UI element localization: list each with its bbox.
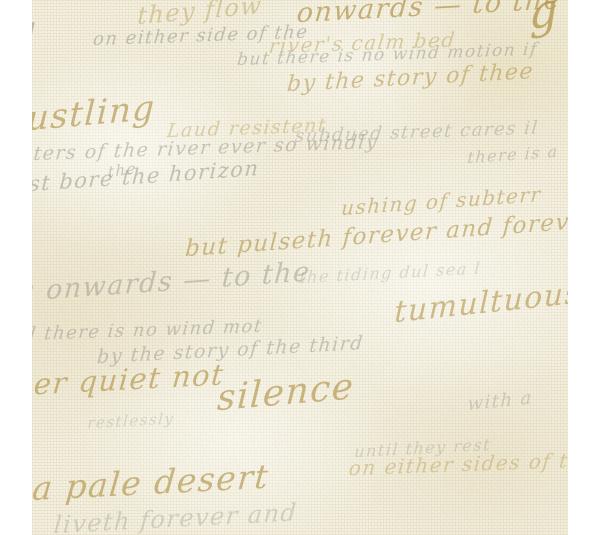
script-text: ustling <box>32 91 156 137</box>
script-text: there is a <box>467 144 559 166</box>
script-text: silence <box>216 369 355 417</box>
script-text: onwards — to the <box>296 0 563 27</box>
script-text: but pulseth forever and forev <box>184 211 568 261</box>
script-text: the tiding dul sea l <box>299 260 482 286</box>
script-text: with a <box>467 389 533 414</box>
script-text: g <box>528 0 560 36</box>
letterbox-margin-right <box>568 0 600 535</box>
script-text: restlessly <box>87 411 175 431</box>
wallpaper-swatch: they flowonwards — to thegdon either sid… <box>32 0 568 535</box>
script-text: liveth forever and <box>53 500 299 535</box>
letterbox-margin-left <box>0 0 32 535</box>
script-text: d <box>32 20 37 50</box>
script-text: a pale desert <box>32 460 271 506</box>
product-image-canvas: they flowonwards — to thegdon either sid… <box>0 0 600 535</box>
script-layer: they flowonwards — to thegdon either sid… <box>32 0 568 535</box>
script-text: ther quiet not <box>32 360 226 401</box>
script-text: aa onwards — to the <box>32 258 311 307</box>
script-text: tumultuous <box>394 278 568 328</box>
